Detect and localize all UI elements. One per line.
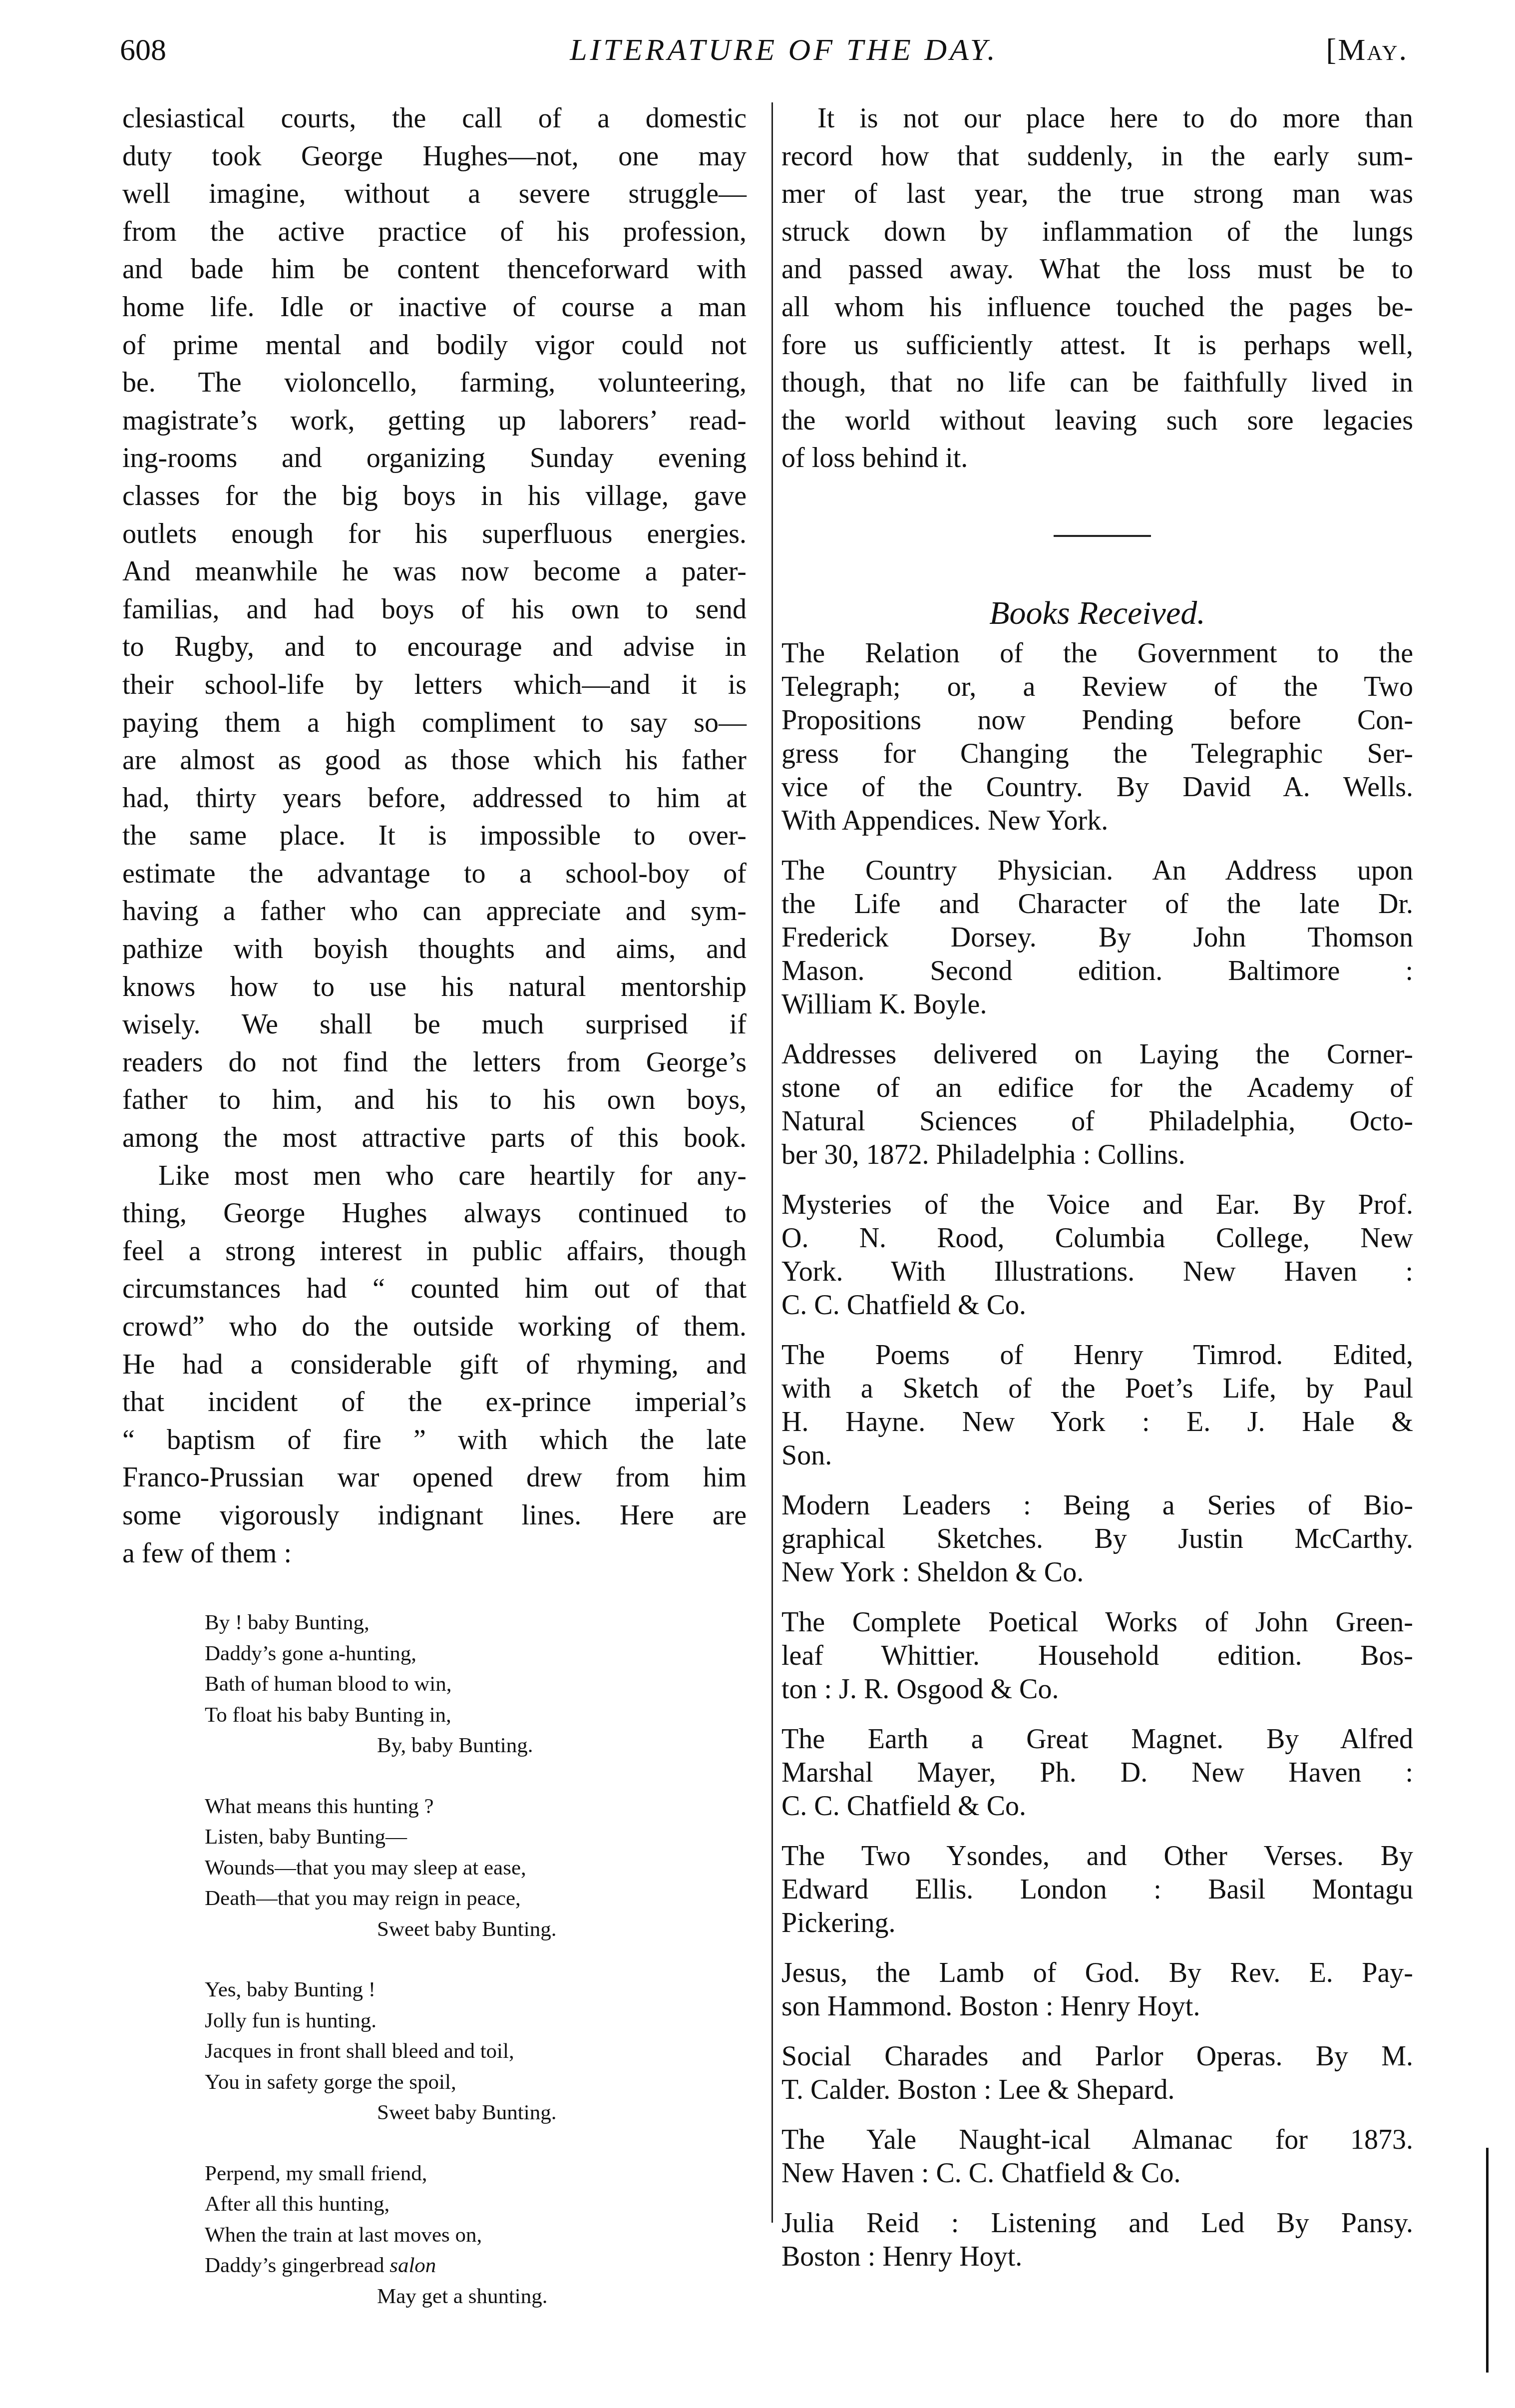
book-line: The Complete Poetical Works of John Gree… [817,1606,1413,1639]
poem-stanza: By ! baby Bunting, Daddy’s gone a-huntin… [205,1607,557,1761]
text-line: readers do not find the letters from Geo… [122,1044,747,1082]
text-line: “ baptism of fire ” with which the late [122,1422,747,1459]
book-entry: Social Charades and Parlor Operas. By M.… [781,2040,1413,2107]
text-line: thing, George Hughes always continued to [122,1195,747,1233]
right-column: It is not our place here to do more than… [781,100,1413,478]
text-line: struck down by inflammation of the lungs [781,213,1413,251]
poem-line-text: Daddy’s gingerbread [205,2254,384,2277]
text-line: Like most men who care heartily for any- [122,1157,747,1195]
text-line: And meanwhile he was now become a pater- [122,553,747,591]
poem-baby-bunting: By ! baby Bunting, Daddy’s gone a-huntin… [205,1607,557,2342]
book-entry: The Poems of Henry Timrod. Edited, with … [781,1339,1413,1472]
book-line: Marshal Mayer, Ph. D. New Haven : [817,1756,1413,1790]
text-line: pathize with boyish thoughts and aims, a… [122,931,747,968]
book-line: Son. [817,1439,1413,1472]
text-line: ing-rooms and organizing Sunday evening [122,440,747,478]
text-line: duty took George Hughes—not, one may [122,138,747,176]
book-entry: The Yale Naught-ical Almanac for 1873. N… [781,2123,1413,2190]
book-line: gress for Changing the Telegraphic Ser- [817,737,1413,771]
book-line: Edward Ellis. London : Basil Montagu [817,1873,1413,1907]
text-line: record how that suddenly, in the early s… [781,138,1413,176]
text-line: of prime mental and bodily vigor could n… [122,327,747,365]
text-line: circumstances had “ counted him out of t… [122,1270,747,1308]
poem-line: Daddy’s gingerbread salon [205,2250,557,2281]
poem-stanza: Yes, baby Bunting ! Jolly fun is hunting… [205,1974,557,2128]
book-line: C. C. Chatfield & Co. [817,1289,1413,1322]
text-line: knows how to use his natural mentorship [122,968,747,1006]
poem-line: Jacques in front shall bleed and toil, [205,2036,557,2067]
poem-stanza: Perpend, my small friend, After all this… [205,2158,557,2312]
book-line: With Appendices. New York. [817,804,1413,838]
poem-line: Jolly fun is hunting. [205,2005,557,2036]
book-line: Mason. Second edition. Baltimore : [817,955,1413,988]
poem-line: Listen, baby Bunting— [205,1822,557,1853]
poem-refrain: May get a shunting. [205,2281,557,2312]
book-line: son Hammond. Boston : Henry Hoyt. [817,1990,1413,2023]
book-entry: The Complete Poetical Works of John Gree… [781,1606,1413,1706]
text-line: clesiastical courts, the call of a domes… [122,100,747,138]
book-line: Pickering. [817,1907,1413,1940]
text-line: feel a strong interest in public affairs… [122,1233,747,1271]
book-line: with a Sketch of the Poet’s Life, by Pau… [817,1372,1413,1406]
text-line: having a father who can appreciate and s… [122,893,747,931]
paragraph-public-affairs: Like most men who care heartily for any-… [122,1157,747,1573]
poem-line: Death—that you may reign in peace, [205,1883,557,1914]
text-line: the same place. It is impossible to over… [122,817,747,855]
text-line: are almost as good as those which his fa… [122,742,747,780]
text-line: It is not our place here to do more than [781,100,1413,138]
book-line: C. C. Chatfield & Co. [817,1790,1413,1823]
text-line: among the most attractive parts of this … [122,1119,747,1157]
book-line: The Country Physician. An Address upon [817,854,1413,888]
book-line: New York : Sheldon & Co. [817,1556,1413,1589]
poem-line: Daddy’s gone a-hunting, [205,1638,557,1669]
poem-refrain: Sweet baby Bunting. [205,2097,557,2128]
poem-line: To float his baby Bunting in, [205,1700,557,1731]
text-line: crowd” who do the outside working of the… [122,1308,747,1346]
book-line: Mysteries of the Voice and Ear. By Prof. [817,1188,1413,1222]
italic-word: salon [389,2254,436,2277]
text-line: He had a considerable gift of rhyming, a… [122,1346,747,1384]
book-line: The Relation of the Government to the [817,637,1413,670]
section-heading-books-received: Books Received. [781,594,1413,632]
poem-line: What means this hunting ? [205,1791,557,1822]
column-divider [771,102,773,2223]
poem-stanza: What means this hunting ? Listen, baby B… [205,1791,557,1945]
paragraph-death-notice: It is not our place here to do more than… [781,100,1413,478]
text-line: had, thirty years before, addressed to h… [122,780,747,818]
poem-line: Yes, baby Bunting ! [205,1974,557,2005]
text-line: classes for the big boys in his village,… [122,478,747,515]
book-line: Julia Reid : Listening and Led By Pansy. [817,2207,1413,2240]
running-title: LITERATURE OF THE DAY. [120,32,1408,68]
text-line: Franco-Prussian war opened drew from him [122,1459,747,1497]
left-column: clesiastical courts, the call of a domes… [122,100,747,1572]
text-line: their school-life by letters which—and i… [122,666,747,704]
book-line: The Poems of Henry Timrod. Edited, [817,1339,1413,1372]
text-line: be. The violoncello, farming, volunteeri… [122,364,747,402]
poem-line: Wounds—that you may sleep at ease, [205,1853,557,1884]
poem-line: By ! baby Bunting, [205,1607,557,1638]
poem-refrain: By, baby Bunting. [205,1730,557,1761]
issue-month: [May. [1326,32,1408,68]
book-entry: Mysteries of the Voice and Ear. By Prof.… [781,1188,1413,1322]
books-received-list: The Relation of the Government to the Te… [781,637,1413,2290]
text-line: and bade him be content thenceforward wi… [122,251,747,289]
book-line: Telegraph; or, a Review of the Two [817,670,1413,704]
book-line: Propositions now Pending before Con- [817,704,1413,737]
text-line: some vigorously indignant lines. Here ar… [122,1497,747,1535]
text-line: a few of them : [122,1535,747,1573]
poem-refrain: Sweet baby Bunting. [205,1914,557,1945]
poem-line: Perpend, my small friend, [205,2158,557,2189]
text-line: wisely. We shall be much surprised if [122,1006,747,1044]
book-line: The Earth a Great Magnet. By Alfred [817,1723,1413,1756]
text-line: well imagine, without a severe struggle— [122,175,747,213]
book-line: T. Calder. Boston : Lee & Shepard. [817,2073,1413,2107]
book-line: leaf Whittier. Household edition. Bos- [817,1639,1413,1673]
book-line: Addresses delivered on Laying the Corner… [817,1038,1413,1071]
text-line: though, that no life can be faithfully l… [781,364,1413,402]
text-line: home life. Idle or inactive of course a … [122,289,747,327]
book-line: Natural Sciences of Philadelphia, Octo- [817,1105,1413,1138]
poem-line: After all this hunting, [205,2189,557,2220]
poem-line: Bath of human blood to win, [205,1669,557,1700]
book-line: The Two Ysondes, and Other Verses. By [817,1840,1413,1873]
book-line: New Haven : C. C. Chatfield & Co. [817,2157,1413,2190]
text-line: magistrate’s work, getting up laborers’ … [122,402,747,440]
book-line: Modern Leaders : Being a Series of Bio- [817,1489,1413,1522]
text-line: from the active practice of his professi… [122,213,747,251]
poem-line: When the train at last moves on, [205,2220,557,2251]
book-line: Jesus, the Lamb of God. By Rev. E. Pay- [817,1956,1413,1990]
running-header: 608 LITERATURE OF THE DAY. [May. [120,27,1408,72]
text-line: outlets enough for his superfluous energ… [122,515,747,553]
text-line: of loss behind it. [781,440,1413,478]
book-line: O. N. Rood, Columbia College, New [817,1222,1413,1255]
book-line: York. With Illustrations. New Haven : [817,1255,1413,1289]
section-rule [1054,535,1151,537]
book-line: vice of the Country. By David A. Wells. [817,771,1413,804]
poem-line: You in safety gorge the spoil, [205,2067,557,2098]
book-line: Frederick Dorsey. By John Thomson [817,921,1413,955]
text-line: to Rugby, and to encourage and advise in [122,628,747,666]
text-line: all whom his influence touched the pages… [781,289,1413,327]
book-line: Social Charades and Parlor Operas. By M. [817,2040,1413,2073]
text-line: the world without leaving such sore lega… [781,402,1413,440]
book-line: the Life and Character of the late Dr. [817,888,1413,921]
book-line: ber 30, 1872. Philadelphia : Collins. [817,1138,1413,1172]
book-line: William K. Boyle. [817,988,1413,1021]
paragraph-hughes-home-life: clesiastical courts, the call of a domes… [122,100,747,1157]
book-entry: The Two Ysondes, and Other Verses. By Ed… [781,1840,1413,1940]
text-line: and passed away. What the loss must be t… [781,251,1413,289]
text-line: fore us sufficiently attest. It is perha… [781,327,1413,365]
book-entry: Jesus, the Lamb of God. By Rev. E. Pay- … [781,1956,1413,2023]
text-line: mer of last year, the true strong man wa… [781,175,1413,213]
book-line: Boston : Henry Hoyt. [817,2240,1413,2274]
text-line: father to him, and his to his own boys, [122,1081,747,1119]
text-line: estimate the advantage to a school-boy o… [122,855,747,893]
book-entry: The Country Physician. An Address upon t… [781,854,1413,1021]
book-line: stone of an edifice for the Academy of [817,1071,1413,1105]
book-line: The Yale Naught-ical Almanac for 1873. [817,2123,1413,2157]
text-line: that incident of the ex-prince imperial’… [122,1384,747,1422]
book-entry: The Earth a Great Magnet. By Alfred Mars… [781,1723,1413,1823]
book-entry: Addresses delivered on Laying the Corner… [781,1038,1413,1172]
text-line: familias, and had boys of his own to sen… [122,591,747,629]
page-edge-line [1486,2148,1489,2373]
book-line: ton : J. R. Osgood & Co. [817,1673,1413,1706]
text-line: paying them a high compliment to say so— [122,704,747,742]
book-entry: Julia Reid : Listening and Led By Pansy.… [781,2207,1413,2274]
book-entry: The Relation of the Government to the Te… [781,637,1413,838]
book-line: graphical Sketches. By Justin McCarthy. [817,1522,1413,1556]
book-line: H. Hayne. New York : E. J. Hale & [817,1406,1413,1439]
book-entry: Modern Leaders : Being a Series of Bio- … [781,1489,1413,1589]
